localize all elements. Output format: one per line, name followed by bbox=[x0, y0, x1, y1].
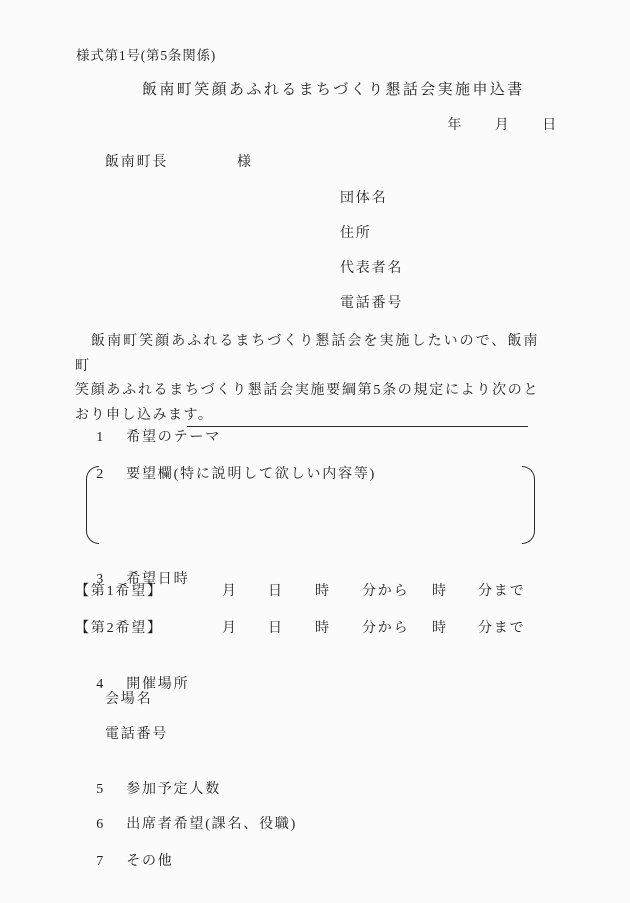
minute-to-unit: 分まで bbox=[478, 582, 525, 602]
minute-to-unit: 分まで bbox=[478, 619, 525, 639]
schedule-row-first-choice: 【第1希望】 月 日 時 分から 時 分まで bbox=[0, 582, 630, 602]
item-label: その他 bbox=[126, 854, 173, 869]
schedule-row-second-choice: 【第2希望】 月 日 時 分から 時 分まで bbox=[0, 619, 630, 639]
month-unit: 月 bbox=[222, 619, 238, 639]
theme-fill-line bbox=[187, 426, 528, 427]
item-label: 出席者希望(課名、役職) bbox=[126, 817, 297, 832]
second-choice-label: 【第2希望】 bbox=[75, 619, 163, 639]
paragraph-line: 飯南町笑顔あふれるまちづくり懇話会を実施したいので、飯南町 bbox=[75, 330, 539, 379]
applicant-phone-label: 電話番号 bbox=[340, 294, 403, 314]
item-label: 希望のテーマ bbox=[126, 430, 221, 445]
hour-unit: 時 bbox=[315, 619, 331, 639]
hour-unit: 時 bbox=[432, 619, 448, 639]
representative-label: 代表者名 bbox=[340, 259, 403, 279]
month-unit: 月 bbox=[222, 582, 238, 602]
form-number: 様式第1号(第5条関係) bbox=[76, 46, 216, 66]
day-unit: 日 bbox=[268, 582, 284, 602]
recipient-name: 飯南町長 bbox=[105, 153, 168, 173]
paragraph-line: 笑顔あふれるまちづくり懇話会実施要綱第5条の規定により次のと bbox=[75, 379, 539, 404]
item-other: 7その他 bbox=[75, 832, 174, 892]
recipient-honorific: 様 bbox=[237, 153, 253, 173]
remarks-blank-area bbox=[100, 466, 522, 544]
minute-from-unit: 分から bbox=[362, 619, 409, 639]
hall-name-label: 会場名 bbox=[105, 690, 152, 710]
application-form-page: 様式第1号(第5条関係) 飯南町笑顔あふれるまちづくり懇話会実施申込書 年 月 … bbox=[0, 0, 630, 903]
hour-unit: 時 bbox=[432, 582, 448, 602]
date-line: 年 月 日 bbox=[0, 116, 558, 136]
address-label: 住所 bbox=[340, 224, 372, 244]
remarks-open-paren bbox=[86, 466, 99, 544]
venue-phone-label: 電話番号 bbox=[105, 725, 168, 745]
form-title: 飯南町笑顔あふれるまちづくり懇話会実施申込書 bbox=[142, 80, 525, 100]
minute-from-unit: 分から bbox=[362, 582, 409, 602]
first-choice-label: 【第1希望】 bbox=[75, 582, 163, 602]
day-unit: 日 bbox=[268, 619, 284, 639]
group-name-label: 団体名 bbox=[340, 189, 387, 209]
hour-unit: 時 bbox=[315, 582, 331, 602]
remarks-close-paren bbox=[522, 466, 535, 544]
item-number: 7 bbox=[96, 852, 126, 872]
